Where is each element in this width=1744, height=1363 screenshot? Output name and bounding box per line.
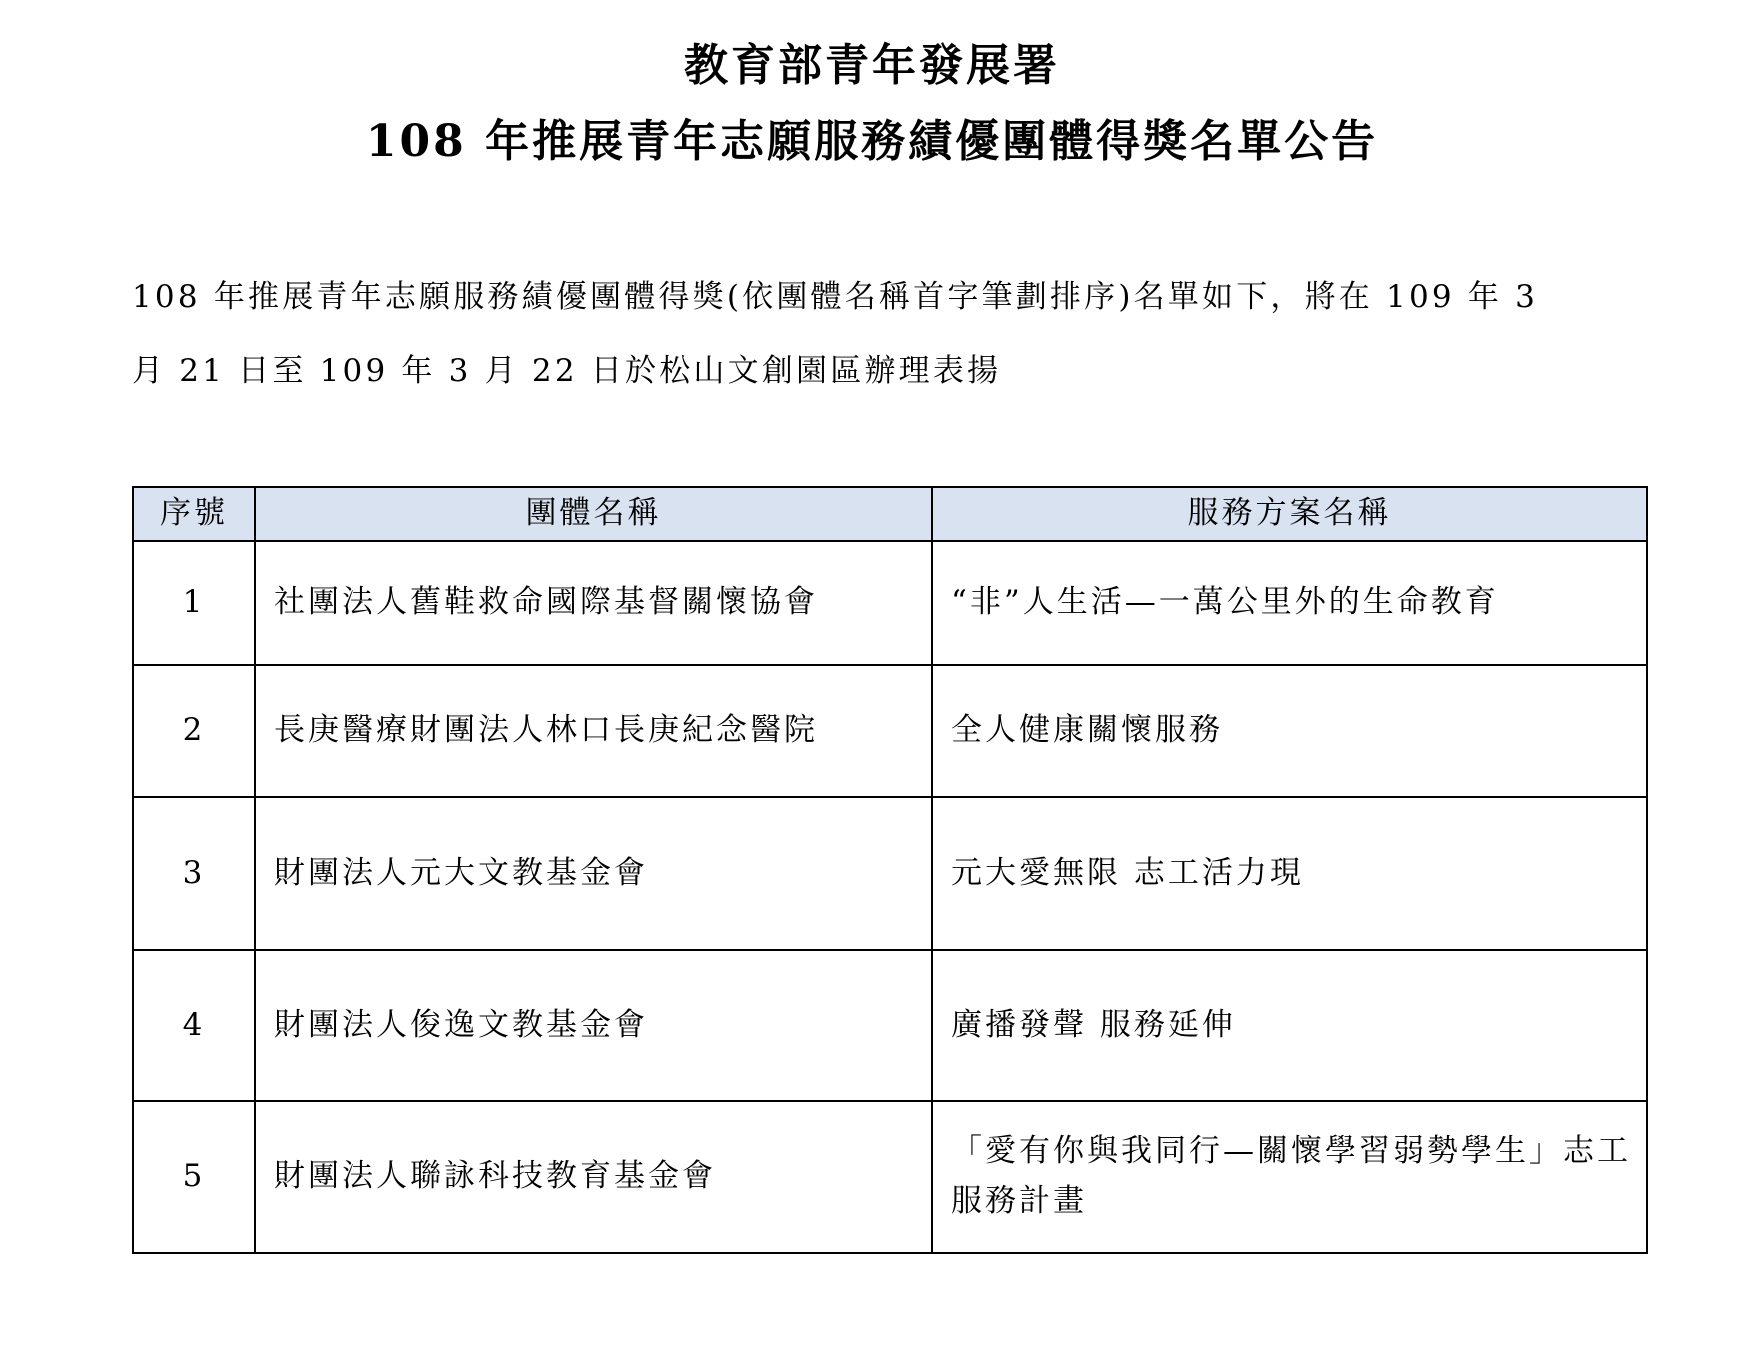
table-row: 4 財團法人俊逸文教基金會 廣播發聲 服務延伸 xyxy=(133,950,1647,1101)
table-row: 2 長庚醫療財團法人林口長庚紀念醫院 全人健康關懷服務 xyxy=(133,665,1647,797)
organization-name-cell: 社團法人舊鞋救命國際基督關懷協會 xyxy=(255,541,932,665)
page-title-agency: 教育部青年發展署 xyxy=(0,44,1744,88)
serial-number-cell: 2 xyxy=(133,665,255,797)
award-list-table: 序號 團體名稱 服務方案名稱 1 社團法人舊鞋救命國際基督關懷協會 “非”人生活… xyxy=(132,486,1648,1254)
program-name-cell: “非”人生活—一萬公里外的生命教育 xyxy=(932,541,1647,665)
table-header-row: 序號 團體名稱 服務方案名稱 xyxy=(133,487,1647,541)
intro-paragraph-line-2: 月 21 日至 109 年 3 月 22 日於松山文創園區辦理表揚 xyxy=(132,356,1001,387)
program-name-cell: 「愛有你與我同行—關懷學習弱勢學生」志工服務計畫 xyxy=(932,1101,1647,1253)
serial-number-cell: 1 xyxy=(133,541,255,665)
table-row: 1 社團法人舊鞋救命國際基督關懷協會 “非”人生活—一萬公里外的生命教育 xyxy=(133,541,1647,665)
intro-paragraph-line-1: 108 年推展青年志願服務績優團體得獎(依團體名稱首字筆劃排序)名單如下，將在 … xyxy=(132,282,1538,313)
program-name-cell: 廣播發聲 服務延伸 xyxy=(932,950,1647,1101)
page-title-announcement: 108 年推展青年志願服務績優團體得獎名單公告 xyxy=(0,120,1744,164)
serial-number-cell: 4 xyxy=(133,950,255,1101)
serial-number-cell: 3 xyxy=(133,797,255,950)
table-row: 3 財團法人元大文教基金會 元大愛無限 志工活力現 xyxy=(133,797,1647,950)
organization-name-cell: 財團法人俊逸文教基金會 xyxy=(255,950,932,1101)
organization-name-cell: 長庚醫療財團法人林口長庚紀念醫院 xyxy=(255,665,932,797)
organization-name-cell: 財團法人元大文教基金會 xyxy=(255,797,932,950)
program-name-cell: 元大愛無限 志工活力現 xyxy=(932,797,1647,950)
column-header-program-name: 服務方案名稱 xyxy=(932,487,1647,541)
program-name-cell: 全人健康關懷服務 xyxy=(932,665,1647,797)
table-row: 5 財團法人聯詠科技教育基金會 「愛有你與我同行—關懷學習弱勢學生」志工服務計畫 xyxy=(133,1101,1647,1253)
column-header-organization-name: 團體名稱 xyxy=(255,487,932,541)
serial-number-cell: 5 xyxy=(133,1101,255,1253)
organization-name-cell: 財團法人聯詠科技教育基金會 xyxy=(255,1101,932,1253)
column-header-serial-number: 序號 xyxy=(133,487,255,541)
